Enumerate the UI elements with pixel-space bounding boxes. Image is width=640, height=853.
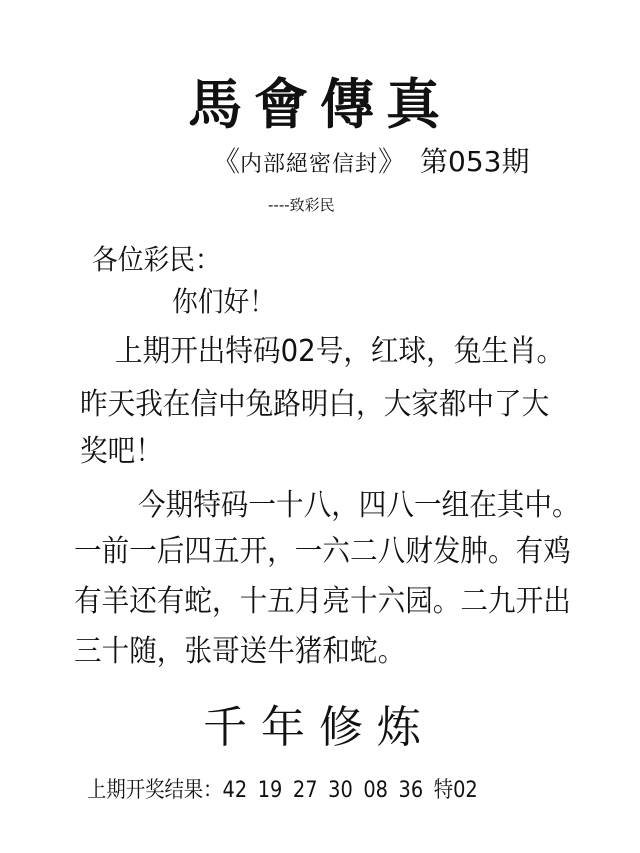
result-number: 19	[258, 778, 283, 803]
previous-results: 上期开奖结果：421927300836特02	[87, 776, 478, 806]
results-label: 上期开奖结果：	[87, 778, 223, 803]
result-number: 36	[399, 778, 424, 803]
letter-line: 有羊还有蛇，十五月亮十六园。二九开出	[74, 582, 571, 622]
results-numbers: 421927300836	[223, 778, 434, 803]
result-number: 30	[328, 778, 353, 803]
subtitle-inner: 内部絕密信封	[240, 152, 378, 177]
signature: ----致彩民	[268, 195, 335, 215]
special-number: 特02	[434, 778, 478, 803]
letter-line: 三十随，张哥送牛猪和蛇。	[74, 632, 405, 672]
result-number: 27	[293, 778, 318, 803]
subtitle-open-bracket: 《	[212, 145, 240, 178]
result-number: 08	[363, 778, 388, 803]
letter-line: 奖吧！	[80, 432, 163, 472]
issue-number: 第053期	[420, 145, 529, 178]
motto: 千年修炼	[203, 700, 435, 756]
letter-line: 今期特码一十八，四八一组在其中。	[138, 486, 580, 526]
subtitle-close-bracket: 》	[378, 145, 406, 178]
letter-line: 一前一后四五开，一六二八财发肿。有鸡	[74, 532, 571, 572]
letter-salutation: 你们好！	[172, 282, 275, 322]
letter-greeting: 各位彩民：	[92, 240, 221, 280]
letter-line: 昨天我在信中兔路明白，大家都中了大	[80, 385, 549, 425]
subtitle: 《内部絕密信封》第053期	[212, 142, 530, 185]
result-number: 42	[223, 778, 248, 803]
letter-line: 上期开出特码02号，红球，兔生肖。	[115, 332, 564, 372]
page-title: 馬會傳真	[188, 72, 452, 136]
